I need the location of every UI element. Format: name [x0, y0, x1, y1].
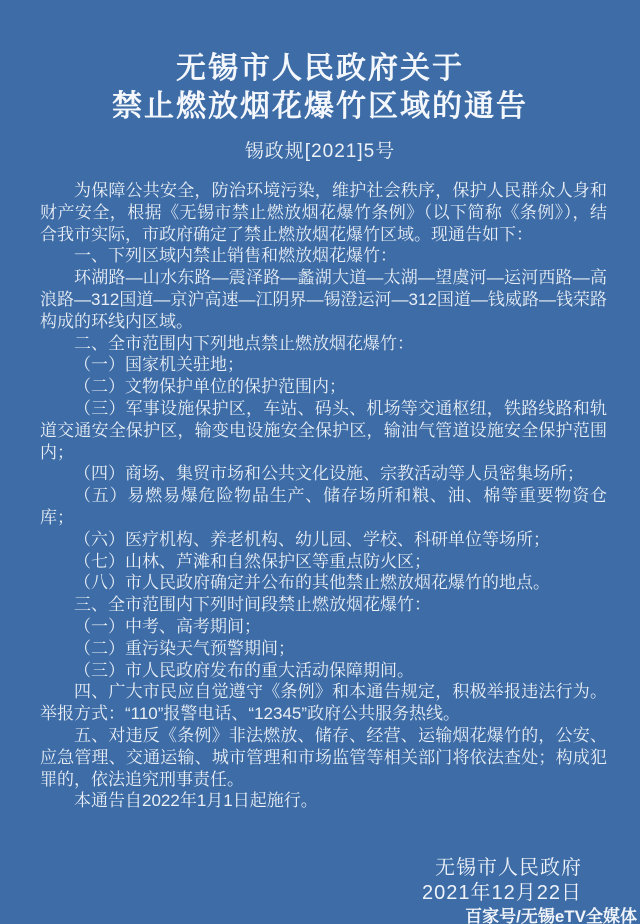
notice-paragraph: 二、全市范围内下列地点禁止燃放烟花爆竹：: [40, 333, 607, 355]
notice-title-line1: 无锡市人民政府关于: [0, 50, 640, 88]
notice-paragraph: （一）国家机关驻地；: [40, 354, 607, 376]
notice-paragraph: （六）医疗机构、养老机构、幼儿园、学校、科研单位等场所；: [40, 529, 607, 551]
notice-paragraph: 环湖路—山水东路—震泽路—蠡湖大道—太湖—望虞河—运河西路—高浪路—312国道—…: [40, 267, 607, 332]
signature-issuer: 无锡市人民政府: [0, 856, 582, 881]
signature-date: 2021年12月22日: [0, 881, 582, 906]
notice-paragraph: 五、对违反《条例》非法燃放、储存、经营、运输烟花爆竹的，公安、应急管理、交通运输…: [40, 725, 607, 790]
signature-block: 无锡市人民政府 2021年12月22日: [0, 856, 640, 906]
notice-paragraph: （八）市人民政府确定并公布的其他禁止燃放烟花爆竹的地点。: [40, 572, 607, 594]
notice-paragraph: （二）文物保护单位的保护范围内；: [40, 376, 607, 398]
notice-paragraph: 四、广大市民应自觉遵守《条例》和本通告规定，积极举报违法行为。举报方式：“110…: [40, 681, 607, 725]
notice-paragraph: （七）山林、芦滩和自然保护区等重点防火区；: [40, 551, 607, 573]
source-watermark: 百家号/无锡eTV全媒体: [0, 907, 640, 924]
notice-paragraph: （三）市人民政府发布的重大活动保障期间。: [40, 660, 607, 682]
notice-paragraph: 为保障公共安全，防治环境污染，维护社会秩序，保护人民群众人身和财产安全，根据《无…: [40, 180, 607, 245]
notice-paragraph: （四）商场、集贸市场和公共文化设施、宗教活动等人员密集场所；: [40, 463, 607, 485]
notice-paragraph: 本通告自2022年1月1日起施行。: [40, 790, 607, 812]
notice-page: 无锡市人民政府关于 禁止燃放烟花爆竹区域的通告 锡政规[2021]5号 为保障公…: [0, 0, 640, 924]
notice-title-line2: 禁止燃放烟花爆竹区域的通告: [0, 88, 640, 126]
notice-body: 为保障公共安全，防治环境污染，维护社会秩序，保护人民群众人身和财产安全，根据《无…: [40, 180, 607, 812]
notice-paragraph: （三）军事设施保护区，车站、码头、机场等交通枢纽，铁路线路和轨道交通安全保护区，…: [40, 398, 607, 463]
notice-paragraph: （一）中考、高考期间；: [40, 616, 607, 638]
notice-paragraph: 一、下列区域内禁止销售和燃放烟花爆竹：: [40, 245, 607, 267]
notice-paragraph: （二）重污染天气预警期间；: [40, 638, 607, 660]
notice-title: 无锡市人民政府关于 禁止燃放烟花爆竹区域的通告: [0, 0, 640, 126]
notice-paragraph: （五）易燃易爆危险物品生产、储存场所和粮、油、棉等重要物资仓库；: [40, 485, 607, 529]
notice-paragraph: 三、全市范围内下列时间段禁止燃放烟花爆竹：: [40, 594, 607, 616]
document-number: 锡政规[2021]5号: [0, 140, 640, 164]
